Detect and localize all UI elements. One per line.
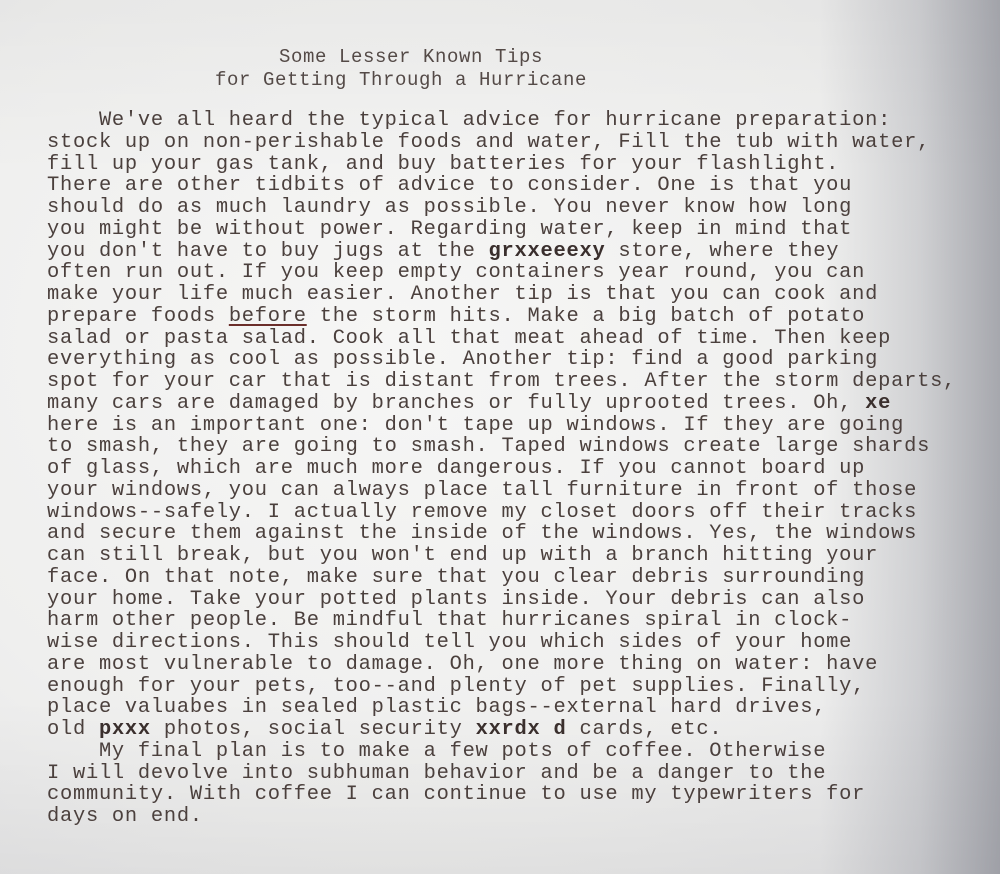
typewritten-page: Some Lesser Known Tips for Getting Throu… [0, 0, 1000, 874]
text-line: harm other people. Be mindful that hurri… [47, 610, 997, 632]
text-line: and secure them against the inside of th… [47, 523, 997, 545]
overstruck-text: grxxeeexy [489, 240, 606, 263]
title-line-2: for Getting Through a Hurricane [0, 69, 1000, 92]
text-line: make your life much easier. Another tip … [47, 284, 997, 306]
text-line: My final plan is to make a few pots of c… [47, 741, 997, 763]
text-line: should do as much laundry as possible. Y… [47, 197, 997, 219]
overstruck-text: xe [865, 392, 891, 415]
text-line: salad or pasta salad. Cook all that meat… [47, 328, 997, 350]
text-line: your home. Take your potted plants insid… [47, 589, 997, 611]
title-line-1: Some Lesser Known Tips [0, 46, 1000, 69]
text-line: community. With coffee I can continue to… [47, 784, 997, 806]
document-body: We've all heard the typical advice for h… [47, 110, 997, 828]
document-title: Some Lesser Known Tips for Getting Throu… [0, 46, 1000, 92]
text-line: windows--safely. I actually remove my cl… [47, 502, 997, 524]
text-line: wise directions. This should tell you wh… [47, 632, 997, 654]
underlined-word: before [229, 305, 307, 328]
text-line: many cars are damaged by branches or ful… [47, 393, 997, 415]
text-line: prepare foods before the storm hits. Mak… [47, 306, 997, 328]
text-line: can still break, but you won't end up wi… [47, 545, 997, 567]
text-line: days on end. [47, 806, 997, 828]
text-line: stock up on non-perishable foods and wat… [47, 132, 997, 154]
text-line: old pxxx photos, social security xxrdx d… [47, 719, 997, 741]
text-line: of glass, which are much more dangerous.… [47, 458, 997, 480]
text-line: are most vulnerable to damage. Oh, one m… [47, 654, 997, 676]
overstruck-text: pxxx [99, 718, 151, 741]
text-line: to smash, they are going to smash. Taped… [47, 436, 997, 458]
text-line: spot for your car that is distant from t… [47, 371, 997, 393]
text-line: everything as cool as possible. Another … [47, 349, 997, 371]
text-line: here is an important one: don't tape up … [47, 415, 997, 437]
text-line: place valuabes in sealed plastic bags--e… [47, 697, 997, 719]
text-line: fill up your gas tank, and buy batteries… [47, 154, 997, 176]
text-line: face. On that note, make sure that you c… [47, 567, 997, 589]
overstruck-text: xxrdx d [476, 718, 567, 741]
text-line: enough for your pets, too--and plenty of… [47, 676, 997, 698]
text-line: your windows, you can always place tall … [47, 480, 997, 502]
text-line: often run out. If you keep empty contain… [47, 262, 997, 284]
text-line: you don't have to buy jugs at the grxxee… [47, 241, 997, 263]
text-line: We've all heard the typical advice for h… [47, 110, 997, 132]
text-line: There are other tidbits of advice to con… [47, 175, 997, 197]
text-line: I will devolve into subhuman behavior an… [47, 763, 997, 785]
text-line: you might be without power. Regarding wa… [47, 219, 997, 241]
